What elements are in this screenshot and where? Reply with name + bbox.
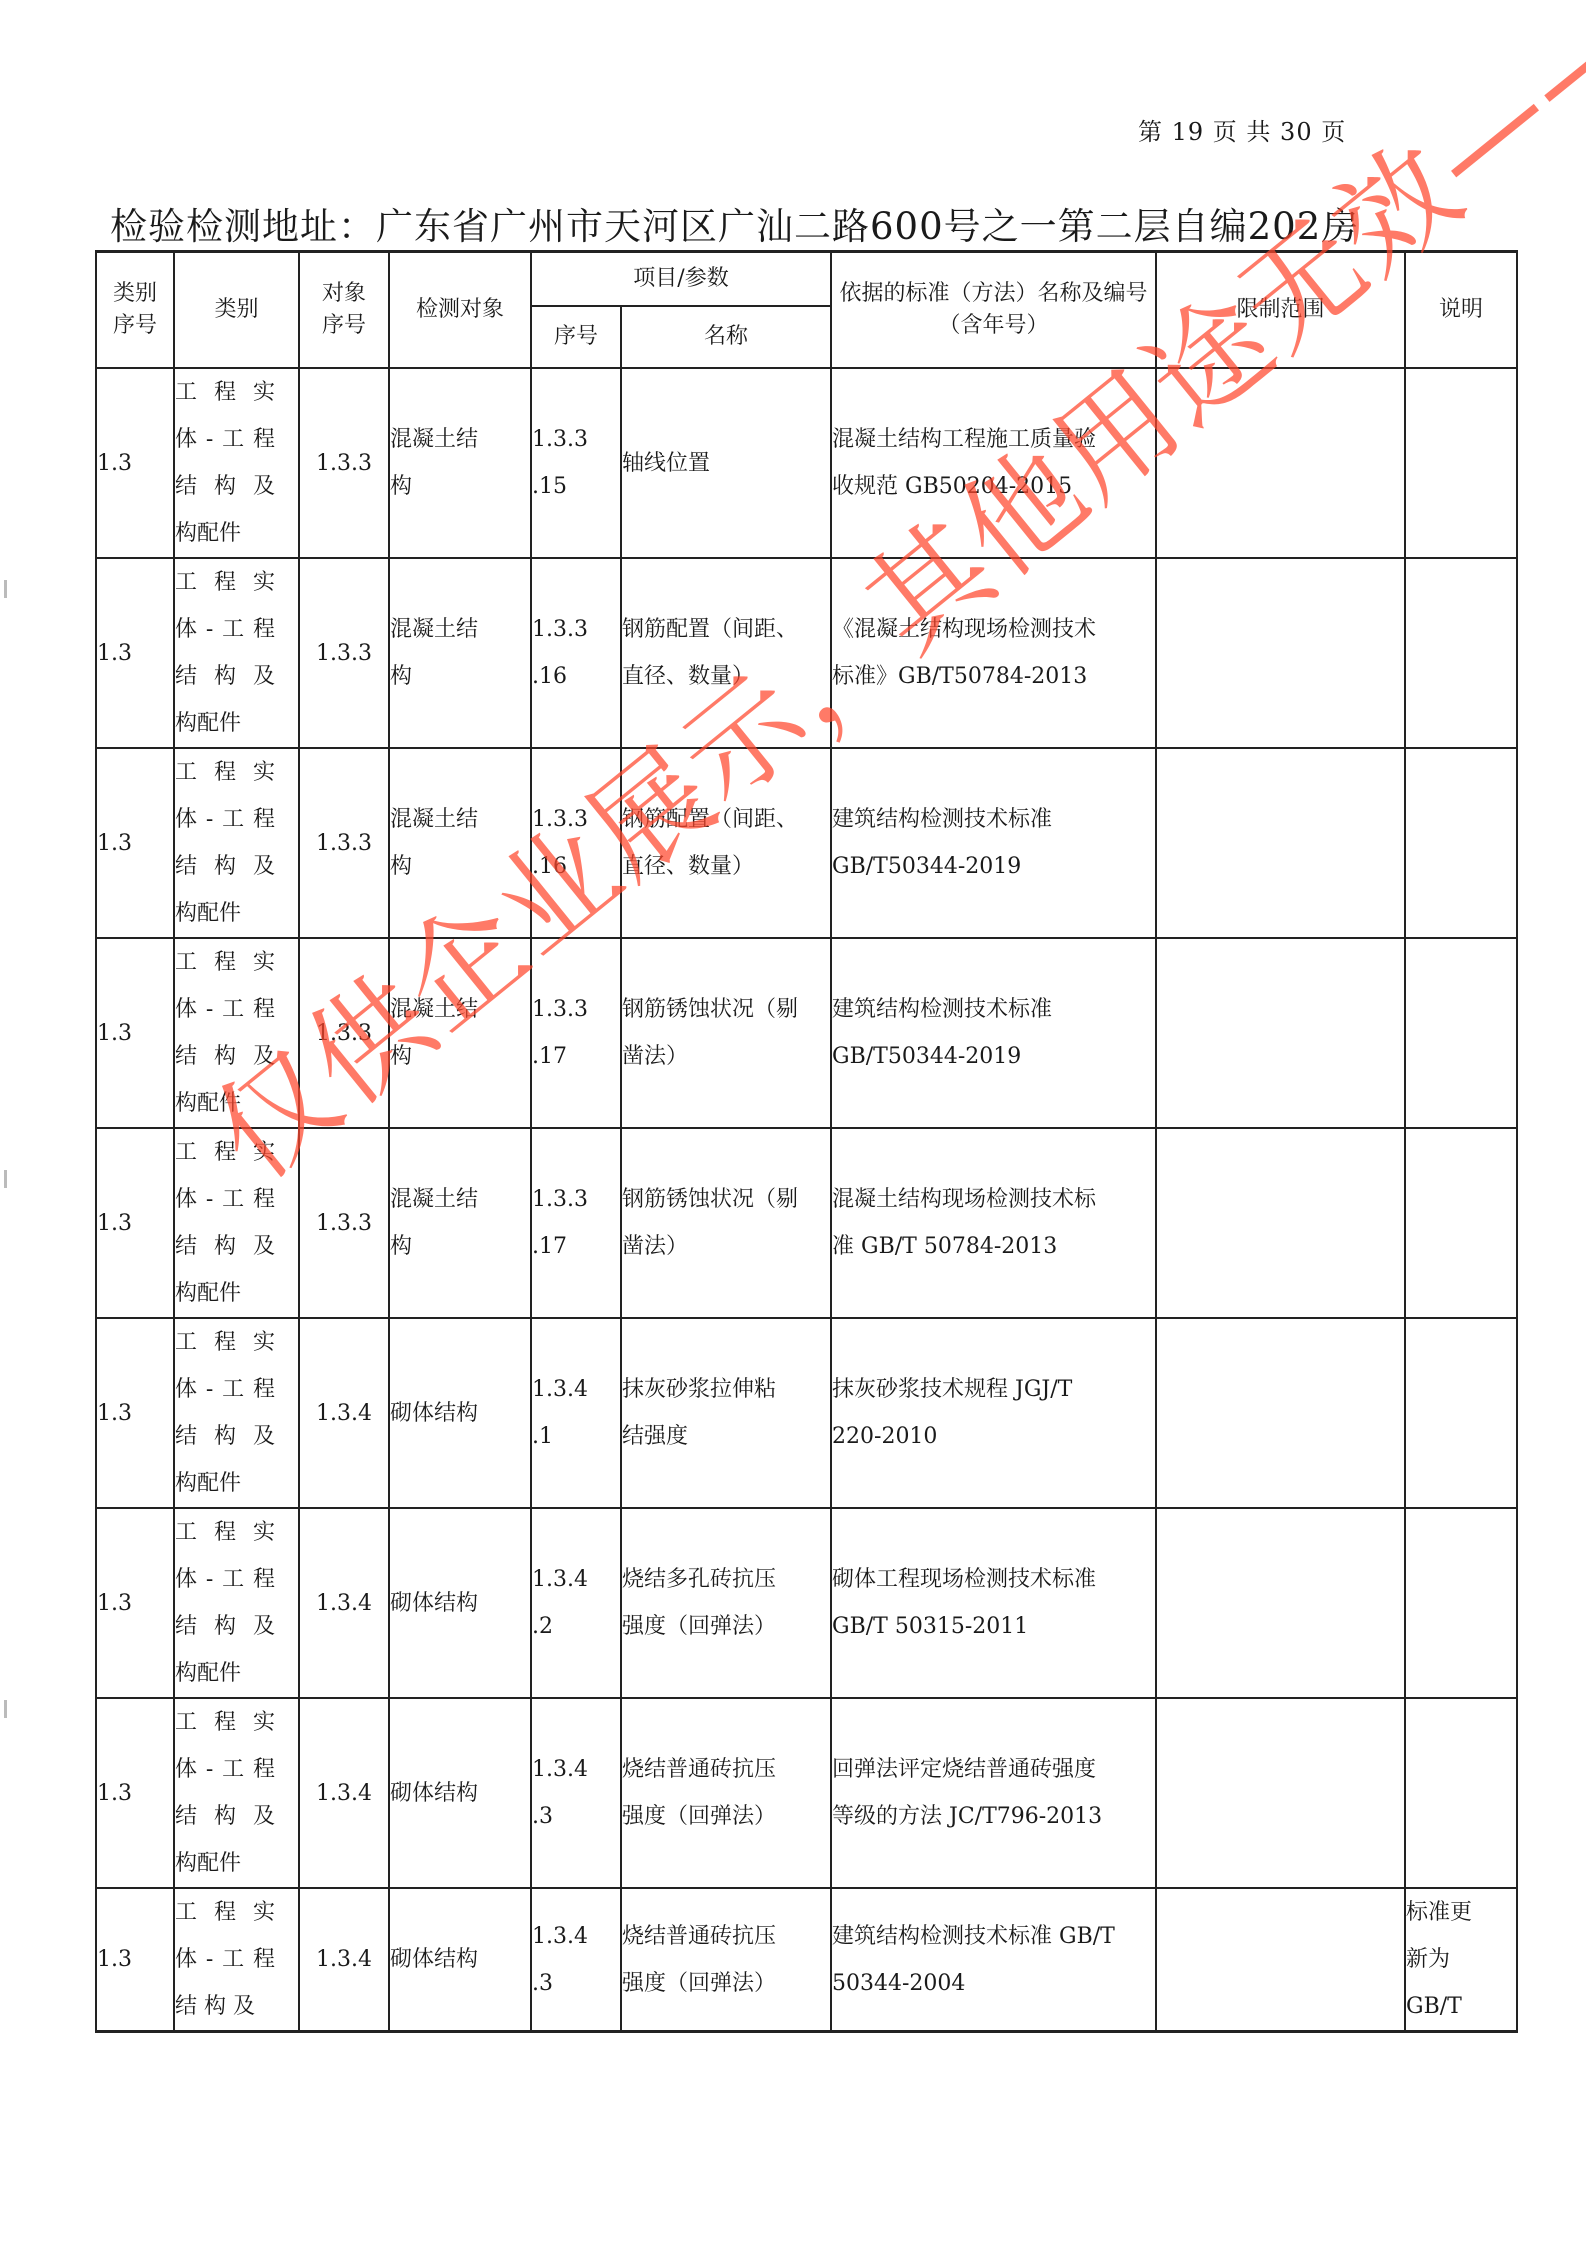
cell-category-line: 体-工程 — [175, 606, 275, 653]
cell-item-no: 1.3.4.3 — [531, 1888, 621, 2032]
cell-item-no-line: 1.3.3 — [532, 796, 620, 843]
cell-note — [1405, 558, 1517, 748]
cell-item-name-line: 钢筋配置（间距、 — [622, 606, 830, 653]
cell-object-no: 1.3.3 — [299, 1128, 389, 1318]
cell-item-no-line: .3 — [532, 1960, 620, 2007]
cell-standard-line: 混凝土结构现场检测技术标 — [832, 1176, 1155, 1223]
cell-category-line: 体-工程 — [175, 416, 275, 463]
header-item-param: 项目/参数 — [531, 252, 831, 307]
cell-object-line: 构 — [390, 653, 530, 700]
cell-item-name-line: 钢筋锈蚀状况（剔 — [622, 1176, 830, 1223]
header-item-name: 名称 — [621, 306, 831, 368]
cell-item-no-line: .2 — [532, 1603, 620, 1650]
cell-category-no: 1.3 — [96, 748, 174, 938]
cell-limit — [1156, 1888, 1405, 2032]
cell-item-no-line: .16 — [532, 653, 620, 700]
cell-item-name-line: 抹灰砂浆拉伸粘 — [622, 1366, 830, 1413]
cell-note-line: 新为 — [1406, 1936, 1516, 1983]
cell-category-line: 体-工程 — [175, 1176, 275, 1223]
cell-limit — [1156, 1318, 1405, 1508]
cell-standard-line: 准 GB/T 50784-2013 — [832, 1223, 1155, 1270]
cell-item-name-line: 凿法） — [622, 1033, 830, 1080]
cell-standard-line: 建筑结构检测技术标准 — [832, 986, 1155, 1033]
cell-limit — [1156, 558, 1405, 748]
cell-category-no: 1.3 — [96, 368, 174, 558]
cell-category-line: 工 程 实 — [175, 1129, 275, 1176]
cell-item-no-line: 1.3.3 — [532, 606, 620, 653]
cell-item-no-line: .1 — [532, 1413, 620, 1460]
cell-item-no-line: 1.3.4 — [532, 1913, 620, 1960]
cell-object-line: 砌体结构 — [390, 1390, 530, 1437]
cell-category: 工 程 实体-工程结 构 及构配件 — [174, 1318, 299, 1508]
cell-object: 砌体结构 — [389, 1318, 531, 1508]
cell-category-no: 1.3 — [96, 1318, 174, 1508]
cell-object: 砌体结构 — [389, 1888, 531, 2032]
cell-category-line: 结 构 及 — [175, 1793, 275, 1840]
cell-item-name-line: 钢筋配置（间距、 — [622, 796, 830, 843]
cell-category-no: 1.3 — [96, 1128, 174, 1318]
cell-object-line: 构 — [390, 463, 530, 510]
cell-item-no-line: .17 — [532, 1223, 620, 1270]
cell-category: 工 程 实体-工程结 构 及构配件 — [174, 938, 299, 1128]
cell-category-line: 构配件 — [175, 890, 275, 937]
cell-standard-line: 《混凝土结构现场检测技术 — [832, 606, 1155, 653]
cell-category-line: 体-工程 — [175, 1366, 275, 1413]
cell-item-no-line: .15 — [532, 463, 620, 510]
cell-object-line: 混凝土结 — [390, 606, 530, 653]
cell-category-line: 构配件 — [175, 1650, 275, 1697]
cell-note — [1405, 938, 1517, 1128]
cell-object-no: 1.3.4 — [299, 1698, 389, 1888]
cell-standard: 抹灰砂浆技术规程 JGJ/T220-2010 — [831, 1318, 1156, 1508]
table-row: 1.3工 程 实体-工程结 构 及构配件1.3.3混凝土结构1.3.3.16钢筋… — [96, 748, 1517, 938]
cell-item-name-line: 轴线位置 — [622, 440, 830, 487]
cell-item-name: 轴线位置 — [621, 368, 831, 558]
cell-category-line: 结 构 及 — [175, 1033, 275, 1080]
cell-standard: 混凝土结构现场检测技术标准 GB/T 50784-2013 — [831, 1128, 1156, 1318]
cell-standard-line: 收规范 GB50204-2015 — [832, 463, 1155, 510]
cell-category-line: 结 构 及 — [175, 653, 275, 700]
cell-category-line: 构配件 — [175, 1840, 275, 1887]
cell-item-no-line: 1.3.3 — [532, 986, 620, 1033]
cell-item-name-line: 直径、数量） — [622, 843, 830, 890]
cell-category-line: 工 程 实 — [175, 1699, 275, 1746]
qualification-table: 类别 序号 类别 对象 序号 检测对象 项目/参数 依据的标准（方法）名称及编号… — [95, 250, 1518, 2033]
cell-note-line: 标准更 — [1406, 1889, 1516, 1936]
cell-standard: 建筑结构检测技术标准GB/T50344-2019 — [831, 938, 1156, 1128]
cell-item-no-line: .17 — [532, 1033, 620, 1080]
cell-item-no-line: 1.3.4 — [532, 1746, 620, 1793]
page-indicator: 第 19 页 共 30 页 — [1138, 112, 1346, 147]
table-row: 1.3工 程 实体-工程结 构 及构配件1.3.3混凝土结构1.3.3.16钢筋… — [96, 558, 1517, 748]
cell-item-no-line: 1.3.4 — [532, 1556, 620, 1603]
cell-object: 混凝土结构 — [389, 938, 531, 1128]
cell-item-no: 1.3.4.3 — [531, 1698, 621, 1888]
cell-category-line: 工 程 实 — [175, 1889, 275, 1936]
cell-category-line: 体-工程 — [175, 986, 275, 1033]
cell-item-no: 1.3.3.17 — [531, 938, 621, 1128]
table-row: 1.3工 程 实体-工程结 构 及构配件1.3.4砌体结构1.3.4.2烧结多孔… — [96, 1508, 1517, 1698]
cell-standard-line: GB/T50344-2019 — [832, 1033, 1155, 1080]
cell-standard-line: 220-2010 — [832, 1413, 1155, 1460]
table-row: 1.3工 程 实体-工程结 构 及构配件1.3.3混凝土结构1.3.3.17钢筋… — [96, 938, 1517, 1128]
table-row: 1.3工 程 实体-工程结 构 及构配件1.3.3混凝土结构1.3.3.17钢筋… — [96, 1128, 1517, 1318]
cell-object-line: 砌体结构 — [390, 1580, 530, 1627]
cell-category-line: 工 程 实 — [175, 939, 275, 986]
cell-item-no-line: 1.3.3 — [532, 1176, 620, 1223]
cell-category-line: 体-工程 — [175, 1746, 275, 1793]
cell-object-no: 1.3.3 — [299, 938, 389, 1128]
cell-item-name: 烧结普通砖抗压强度（回弹法） — [621, 1888, 831, 2032]
cell-item-name-line: 直径、数量） — [622, 653, 830, 700]
cell-category-line: 构配件 — [175, 510, 275, 557]
cell-limit — [1156, 748, 1405, 938]
header-note: 说明 — [1405, 252, 1517, 369]
testing-address: 检验检测地址：广东省广州市天河区广汕二路600号之一第二层自编202房 — [110, 196, 1359, 250]
cell-object: 砌体结构 — [389, 1698, 531, 1888]
cell-object: 混凝土结构 — [389, 748, 531, 938]
cell-object-line: 构 — [390, 843, 530, 890]
cell-item-name-line: 烧结普通砖抗压 — [622, 1913, 830, 1960]
cell-limit — [1156, 368, 1405, 558]
cell-category-line: 结 构 及 — [175, 843, 275, 890]
cell-category-line: 结 构 及 — [175, 1413, 275, 1460]
table-row: 1.3工 程 实体-工程结 构 及构配件1.3.3混凝土结构1.3.3.15轴线… — [96, 368, 1517, 558]
cell-item-name-line: 结强度 — [622, 1413, 830, 1460]
cell-category-line: 结 构 及 — [175, 1223, 275, 1270]
cell-item-no: 1.3.3.17 — [531, 1128, 621, 1318]
cell-category-line: 工 程 实 — [175, 1319, 275, 1366]
cell-object-line: 砌体结构 — [390, 1936, 530, 1983]
cell-standard: 砌体工程现场检测技术标准GB/T 50315-2011 — [831, 1508, 1156, 1698]
cell-category-no: 1.3 — [96, 558, 174, 748]
cell-standard-line: 建筑结构检测技术标准 — [832, 796, 1155, 843]
cell-item-name: 烧结普通砖抗压强度（回弹法） — [621, 1698, 831, 1888]
cell-object-no: 1.3.3 — [299, 558, 389, 748]
header-item-no: 序号 — [531, 306, 621, 368]
cell-standard-line: 混凝土结构工程施工质量验 — [832, 416, 1155, 463]
cell-note — [1405, 1128, 1517, 1318]
cell-standard: 建筑结构检测技术标准 GB/T50344-2004 — [831, 1888, 1156, 2032]
cell-category-line: 工 程 实 — [175, 749, 275, 796]
cell-item-no: 1.3.4.1 — [531, 1318, 621, 1508]
cell-category: 工 程 实体-工程结 构 及构配件 — [174, 1128, 299, 1318]
cell-item-name-line: 凿法） — [622, 1223, 830, 1270]
cell-limit — [1156, 938, 1405, 1128]
cell-note-line: GB/T — [1406, 1983, 1516, 2030]
cell-object: 砌体结构 — [389, 1508, 531, 1698]
header-object: 检测对象 — [389, 252, 531, 369]
header-category-no: 类别 序号 — [96, 252, 174, 369]
cell-item-name-line: 烧结普通砖抗压 — [622, 1746, 830, 1793]
table-row: 1.3工 程 实体-工程结 构 及构配件1.3.4砌体结构1.3.4.3烧结普通… — [96, 1698, 1517, 1888]
cell-item-name-line: 烧结多孔砖抗压 — [622, 1556, 830, 1603]
cell-item-no: 1.3.3.16 — [531, 558, 621, 748]
cell-category-line: 结 构 及 — [175, 1983, 275, 2030]
cell-object-line: 混凝土结 — [390, 986, 530, 1033]
cell-object: 混凝土结构 — [389, 1128, 531, 1318]
scan-mark — [4, 1700, 7, 1718]
table-row: 1.3工 程 实体-工程结 构 及1.3.4砌体结构1.3.4.3烧结普通砖抗压… — [96, 1888, 1517, 2032]
cell-item-no: 1.3.3.16 — [531, 748, 621, 938]
cell-standard-line: 抹灰砂浆技术规程 JGJ/T — [832, 1366, 1155, 1413]
cell-standard: 回弹法评定烧结普通砖强度等级的方法 JC/T796-2013 — [831, 1698, 1156, 1888]
cell-category-no: 1.3 — [96, 938, 174, 1128]
cell-item-name-line: 强度（回弹法） — [622, 1603, 830, 1650]
scan-mark — [4, 1170, 7, 1188]
cell-category-line: 结 构 及 — [175, 463, 275, 510]
header-object-no: 对象 序号 — [299, 252, 389, 369]
cell-item-name: 烧结多孔砖抗压强度（回弹法） — [621, 1508, 831, 1698]
cell-category-line: 构配件 — [175, 1080, 275, 1127]
cell-object-no: 1.3.4 — [299, 1888, 389, 2032]
cell-note: 标准更新为GB/T — [1405, 1888, 1517, 2032]
cell-standard-line: 等级的方法 JC/T796-2013 — [832, 1793, 1155, 1840]
cell-note — [1405, 1508, 1517, 1698]
header-category: 类别 — [174, 252, 299, 369]
cell-standard-line: 回弹法评定烧结普通砖强度 — [832, 1746, 1155, 1793]
cell-item-no: 1.3.4.2 — [531, 1508, 621, 1698]
cell-item-name: 抹灰砂浆拉伸粘结强度 — [621, 1318, 831, 1508]
cell-item-no-line: .3 — [532, 1793, 620, 1840]
cell-item-name-line: 强度（回弹法） — [622, 1960, 830, 2007]
header-standard: 依据的标准（方法）名称及编号（含年号） — [831, 252, 1156, 369]
table-row: 1.3工 程 实体-工程结 构 及构配件1.3.4砌体结构1.3.4.1抹灰砂浆… — [96, 1318, 1517, 1508]
cell-note — [1405, 368, 1517, 558]
cell-category-no: 1.3 — [96, 1888, 174, 2032]
cell-item-no-line: 1.3.4 — [532, 1366, 620, 1413]
cell-standard: 混凝土结构工程施工质量验收规范 GB50204-2015 — [831, 368, 1156, 558]
cell-category: 工 程 实体-工程结 构 及构配件 — [174, 1698, 299, 1888]
cell-category-line: 结 构 及 — [175, 1603, 275, 1650]
cell-object-no: 1.3.4 — [299, 1318, 389, 1508]
cell-category-line: 工 程 实 — [175, 369, 275, 416]
cell-limit — [1156, 1128, 1405, 1318]
cell-category-line: 工 程 实 — [175, 1509, 275, 1556]
cell-object-no: 1.3.3 — [299, 748, 389, 938]
cell-note — [1405, 1698, 1517, 1888]
cell-category: 工 程 实体-工程结 构 及 — [174, 1888, 299, 2032]
cell-standard: 建筑结构检测技术标准GB/T50344-2019 — [831, 748, 1156, 938]
cell-category-line: 体-工程 — [175, 1556, 275, 1603]
cell-standard-line: 砌体工程现场检测技术标准 — [832, 1556, 1155, 1603]
cell-category-line: 构配件 — [175, 1270, 275, 1317]
cell-object: 混凝土结构 — [389, 368, 531, 558]
cell-object-line: 构 — [390, 1223, 530, 1270]
cell-note — [1405, 748, 1517, 938]
cell-category-line: 工 程 实 — [175, 559, 275, 606]
cell-object-line: 混凝土结 — [390, 416, 530, 463]
cell-category: 工 程 实体-工程结 构 及构配件 — [174, 1508, 299, 1698]
cell-item-name: 钢筋锈蚀状况（剔凿法） — [621, 938, 831, 1128]
cell-limit — [1156, 1508, 1405, 1698]
cell-object: 混凝土结构 — [389, 558, 531, 748]
cell-standard: 《混凝土结构现场检测技术标准》GB/T50784-2013 — [831, 558, 1156, 748]
cell-standard-line: 50344-2004 — [832, 1960, 1155, 2007]
cell-category: 工 程 实体-工程结 构 及构配件 — [174, 558, 299, 748]
cell-object-line: 构 — [390, 1033, 530, 1080]
cell-standard-line: 建筑结构检测技术标准 GB/T — [832, 1913, 1155, 1960]
cell-item-name-line: 钢筋锈蚀状况（剔 — [622, 986, 830, 1033]
cell-object-line: 砌体结构 — [390, 1770, 530, 1817]
cell-object-line: 混凝土结 — [390, 1176, 530, 1223]
cell-item-name: 钢筋锈蚀状况（剔凿法） — [621, 1128, 831, 1318]
cell-item-no-line: .16 — [532, 843, 620, 890]
cell-standard-line: 标准》GB/T50784-2013 — [832, 653, 1155, 700]
scan-mark — [4, 580, 7, 598]
cell-category-line: 体-工程 — [175, 1936, 275, 1983]
cell-category-no: 1.3 — [96, 1508, 174, 1698]
cell-object-no: 1.3.4 — [299, 1508, 389, 1698]
cell-standard-line: GB/T50344-2019 — [832, 843, 1155, 890]
cell-item-name-line: 强度（回弹法） — [622, 1793, 830, 1840]
cell-object-no: 1.3.3 — [299, 368, 389, 558]
cell-note — [1405, 1318, 1517, 1508]
cell-category-line: 体-工程 — [175, 796, 275, 843]
cell-category-no: 1.3 — [96, 1698, 174, 1888]
cell-category-line: 构配件 — [175, 1460, 275, 1507]
cell-category-line: 构配件 — [175, 700, 275, 747]
cell-standard-line: GB/T 50315-2011 — [832, 1603, 1155, 1650]
cell-item-name: 钢筋配置（间距、直径、数量） — [621, 558, 831, 748]
cell-item-name: 钢筋配置（间距、直径、数量） — [621, 748, 831, 938]
table-body: 1.3工 程 实体-工程结 构 及构配件1.3.3混凝土结构1.3.3.15轴线… — [96, 368, 1517, 2032]
cell-category: 工 程 实体-工程结 构 及构配件 — [174, 748, 299, 938]
cell-category: 工 程 实体-工程结 构 及构配件 — [174, 368, 299, 558]
cell-item-no: 1.3.3.15 — [531, 368, 621, 558]
cell-object-line: 混凝土结 — [390, 796, 530, 843]
cell-limit — [1156, 1698, 1405, 1888]
header-limit: 限制范围 — [1156, 252, 1405, 369]
cell-item-no-line: 1.3.3 — [532, 416, 620, 463]
